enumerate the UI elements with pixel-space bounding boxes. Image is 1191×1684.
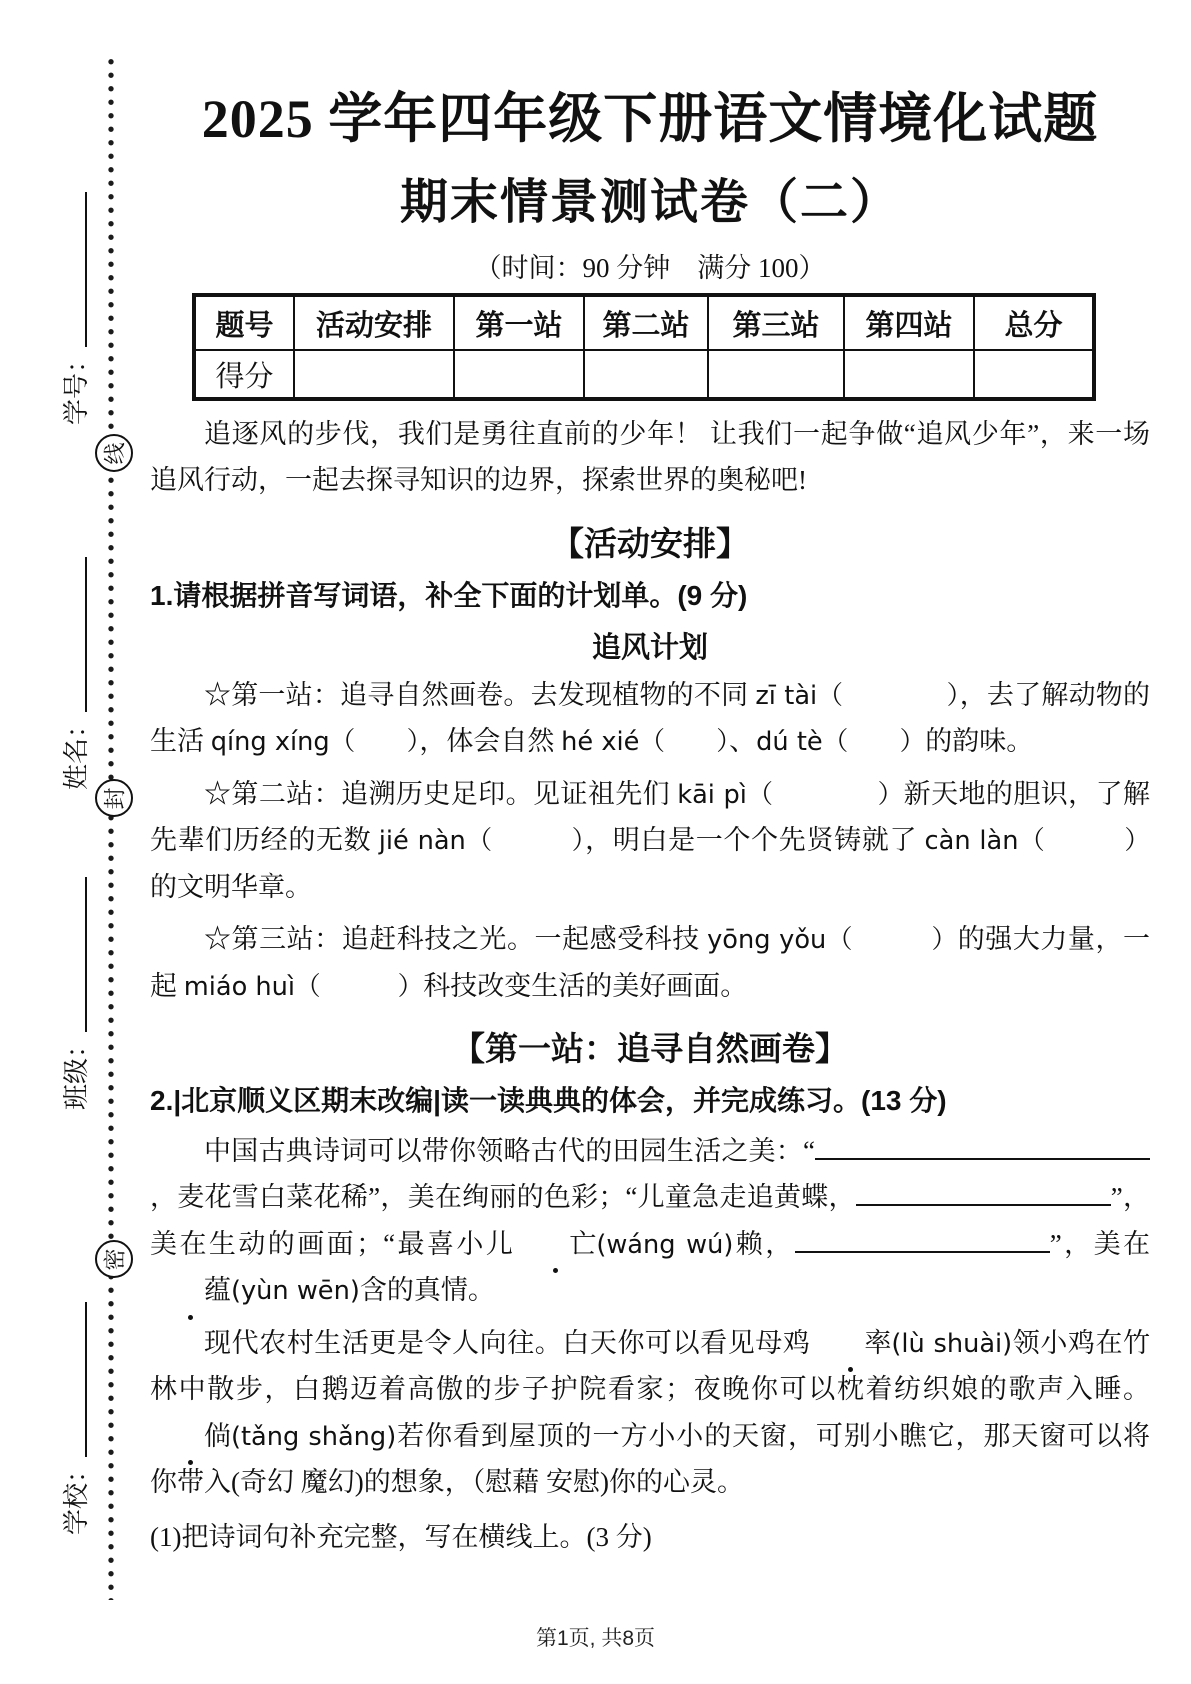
- header-station1: 第一站: [454, 295, 584, 350]
- score-cell: [974, 350, 1094, 399]
- exam-content: 2025 学年四年级下册语文情境化试题 期末情景测试卷（二） （时间：90 分钟…: [150, 58, 1150, 1554]
- student-id-label: 学号：: [62, 347, 91, 425]
- name-blank: [59, 557, 87, 712]
- seal-circle-feng: 封: [95, 779, 133, 817]
- page-footer: 第1页, 共8页: [0, 1622, 1191, 1652]
- score-cell: [454, 350, 584, 399]
- plan-title: 追风计划: [150, 625, 1150, 666]
- student-id-blank: [59, 192, 87, 347]
- score-table-header-row: 题号 活动安排 第一站 第二站 第三站 第四站 总分: [194, 295, 1094, 350]
- score-table-score-row: 得分: [194, 350, 1094, 399]
- section-heading-activity: 【活动安排】: [150, 518, 1150, 565]
- exam-time-score-info: （时间：90 分钟 满分 100）: [150, 246, 1150, 285]
- header-total: 总分: [974, 295, 1094, 350]
- sub-question-1: (1)把诗词句补充完整，写在横线上。(3 分): [150, 1515, 1150, 1554]
- name-label: 姓名：: [62, 712, 91, 790]
- school-blank: [59, 1302, 87, 1457]
- section-heading-station1: 【第一站：追寻自然画卷】: [150, 1023, 1150, 1070]
- header-station2: 第二站: [584, 295, 708, 350]
- score-row-label: 得分: [194, 350, 294, 399]
- seal-label-name: 姓名：: [56, 557, 93, 790]
- score-cell: [844, 350, 974, 399]
- poem-paragraph: 中国古典诗词可以带你领略古代的田园生活之美：“，麦花雪白菜花稀”，美在绚丽的色彩…: [150, 1128, 1150, 1314]
- school-label: 学校：: [62, 1457, 91, 1535]
- score-cell: [708, 350, 844, 399]
- seal-label-student-id: 学号：: [56, 192, 93, 425]
- intro-paragraph: 追逐风的步伐，我们是勇往直前的少年！ 让我们一起争做“追风少年”，来一场追风行动…: [150, 411, 1150, 504]
- exam-title: 2025 学年四年级下册语文情境化试题: [150, 76, 1150, 153]
- seal-label-class: 班级：: [56, 877, 93, 1110]
- seal-circle-mi: 密: [95, 1240, 133, 1278]
- score-table: 题号 活动安排 第一站 第二站 第三站 第四站 总分 得分: [192, 293, 1096, 401]
- question-2: 2.|北京顺义区期末改编|读一读典典的体会，并完成练习。(13 分): [150, 1080, 1150, 1122]
- header-station3: 第三站: [708, 295, 844, 350]
- header-question-no: 题号: [194, 295, 294, 350]
- station-paragraph-3: ☆第三站：追赶科技之光。一起感受科技 yōng yǒu（ ）的强大力量，一起 m…: [150, 916, 1150, 1009]
- exam-subtitle: 期末情景测试卷（二）: [150, 163, 1150, 232]
- rural-paragraph: 现代农村生活更是令人向往。白天你可以看见母鸡率(lù shuài)领小鸡在竹林中…: [150, 1320, 1150, 1506]
- exam-page: 学号： 姓名： 班级： 学校： 线 封 密 2025 学年四年级下册语文情境化试…: [0, 0, 1191, 1684]
- class-label: 班级：: [62, 1032, 91, 1110]
- seal-dotted-line: [107, 55, 115, 1600]
- score-cell: [294, 350, 454, 399]
- station-paragraph-1: ☆第一站：追寻自然画卷。去发现植物的不同 zī tài（ ），去了解动物的生活 …: [150, 672, 1150, 765]
- class-blank: [59, 877, 87, 1032]
- seal-label-school: 学校：: [56, 1302, 93, 1535]
- score-cell: [584, 350, 708, 399]
- seal-circle-line: 线: [95, 434, 133, 472]
- station-paragraph-2: ☆第二站：追溯历史足印。见证祖先们 kāi pì（ ）新天地的胆识，了解先辈们历…: [150, 771, 1150, 910]
- question-1: 1.请根据拼音写词语，补全下面的计划单。(9 分): [150, 575, 1150, 617]
- header-activity: 活动安排: [294, 295, 454, 350]
- header-station4: 第四站: [844, 295, 974, 350]
